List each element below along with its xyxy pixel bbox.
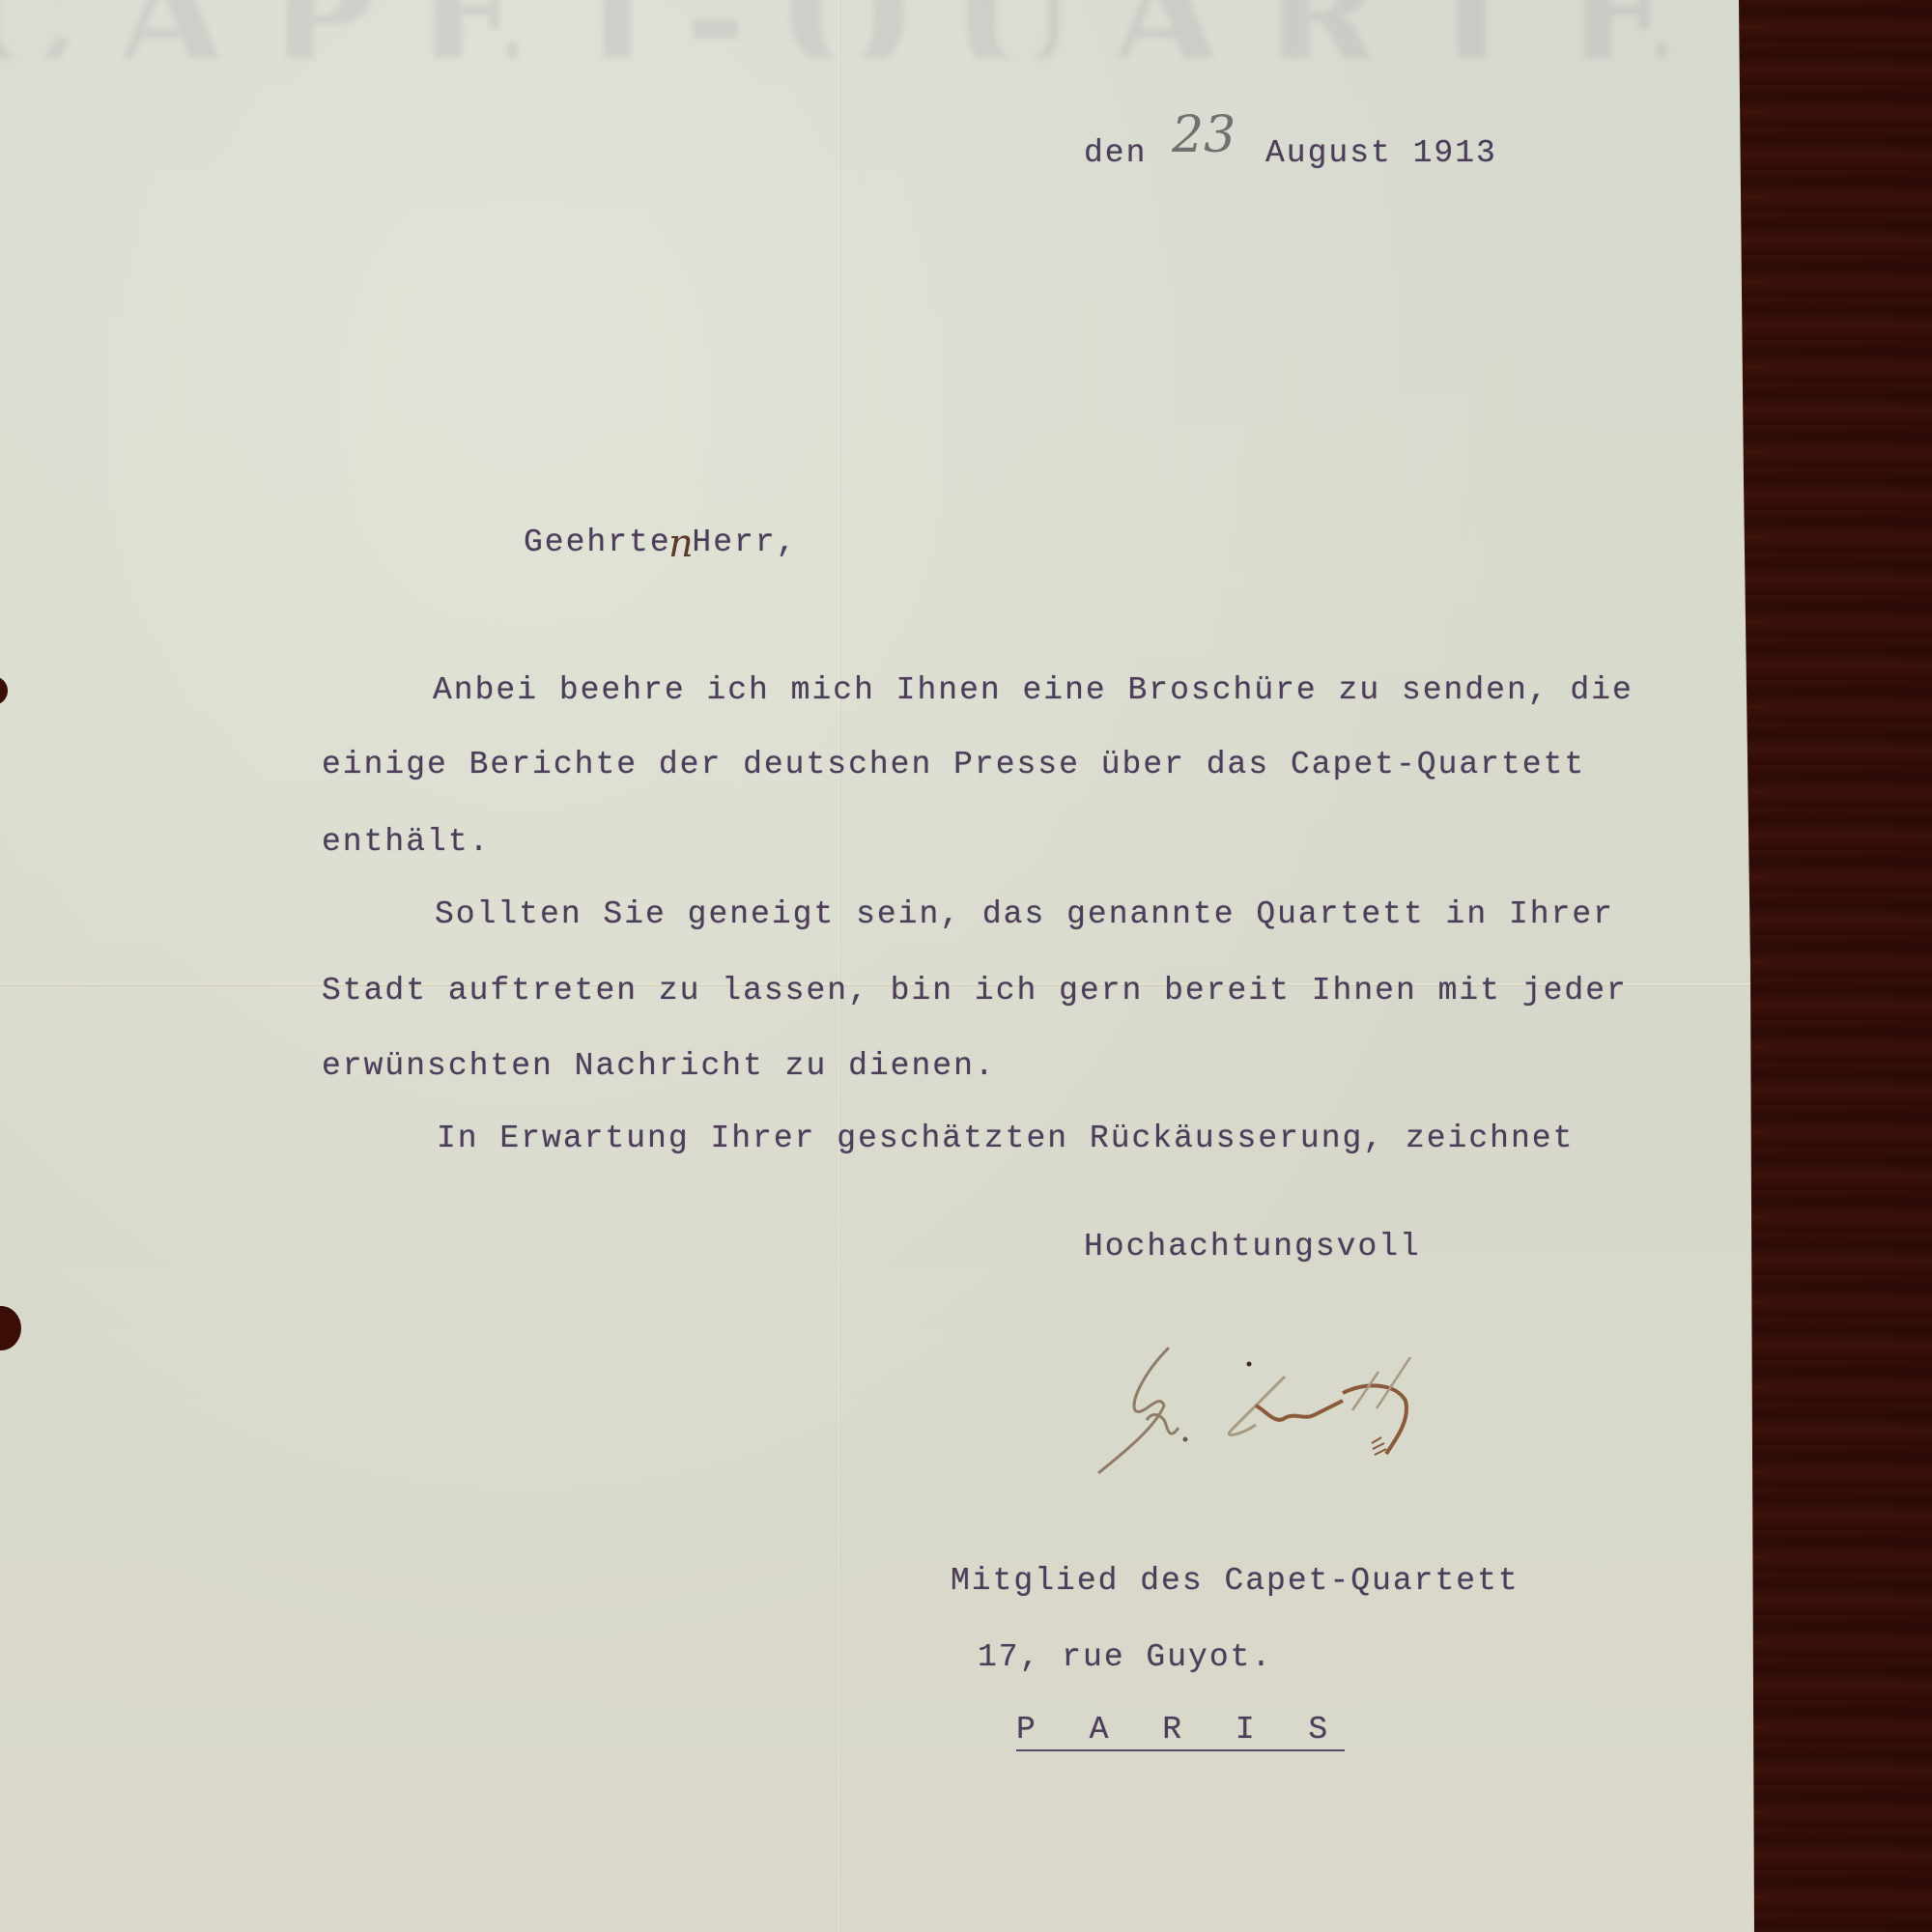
body-line-1: Anbei beehre ich mich Ihnen eine Broschü… <box>433 672 1634 708</box>
sender-role: Mitglied des Capet-Quartett <box>951 1563 1520 1599</box>
closing-phrase: Hochachtungsvoll <box>1084 1229 1421 1264</box>
sender-city: P A R I S <box>1016 1712 1345 1751</box>
salutation: Geehrte Herr, <box>524 525 797 560</box>
body-line-4: Sollten Sie geneigt sein, das genannte Q… <box>435 896 1614 932</box>
photo-scene: CAPET-QUARTETT den 23 August 1913 Geehrt… <box>0 0 1932 1932</box>
body-line-7: In Erwartung Ihrer geschätzten Rückäusse… <box>437 1121 1574 1156</box>
body-line-2: einige Berichte der deutschen Presse übe… <box>322 747 1585 782</box>
date-prefix: den <box>1084 135 1147 171</box>
date-month-year: August 1913 <box>1265 135 1497 171</box>
signature <box>1077 1333 1425 1478</box>
body-line-3: enthält. <box>322 824 490 860</box>
date-day-handwritten: 23 <box>1172 106 1236 164</box>
body-line-5: Stadt auftreten zu lassen, bin ich gern … <box>322 973 1628 1009</box>
vertical-fold-crease <box>838 0 841 1932</box>
letter-paper: CAPET-QUARTETT den 23 August 1913 Geehrt… <box>0 0 1754 1932</box>
letterhead-show-through: CAPET-QUARTETT <box>0 0 1758 58</box>
body-line-6: erwünschten Nachricht zu dienen. <box>322 1048 996 1084</box>
sender-address: 17, rue Guyot. <box>978 1639 1272 1675</box>
salutation-handwritten-correction: n <box>668 522 694 566</box>
